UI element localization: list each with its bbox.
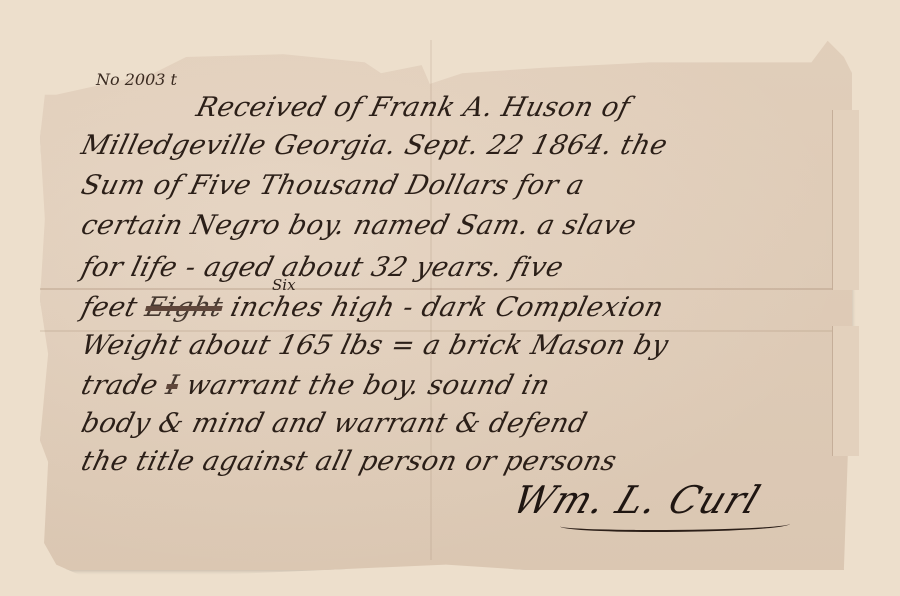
text-fragment: inches high - dark Complexion (228, 292, 667, 323)
text-fragment: feet (78, 292, 141, 323)
torn-edge-flap (832, 326, 859, 456)
receipt-line-4: certain Negro boy. named Sam. a slave (78, 210, 640, 241)
struck-mark: I (163, 370, 182, 401)
receipt-line-2: Milledgeville Georgia. Sept. 22 1864. th… (78, 130, 671, 161)
receipt-line-10: the title against all person or persons (78, 446, 620, 477)
text-fragment: trade (78, 370, 161, 401)
receipt-line-5: for life - aged about 32 years. five (78, 252, 567, 283)
receipt-line-1: Received of Frank A. Huson of (193, 92, 633, 123)
receipt-line-8: trade I warrant the boy. sound in (78, 370, 553, 401)
receipt-line-6: feet Eight inches high - dark Complexion (78, 292, 667, 323)
text-fragment: warrant the boy. sound in (183, 370, 553, 401)
docket-number: No 2003 t (96, 70, 177, 89)
struck-word: Eight (142, 292, 226, 323)
receipt-line-9: body & mind and warrant & defend (78, 408, 590, 439)
torn-edge-flap (832, 110, 859, 290)
receipt-line-3: Sum of Five Thousand Dollars for a (78, 170, 588, 201)
signature: Wm. L. Curl (507, 478, 767, 522)
fold-line (40, 288, 852, 290)
receipt-line-7: Weight about 165 lbs = a brick Mason by (78, 330, 672, 361)
interlinear-correction: Six (272, 276, 296, 294)
